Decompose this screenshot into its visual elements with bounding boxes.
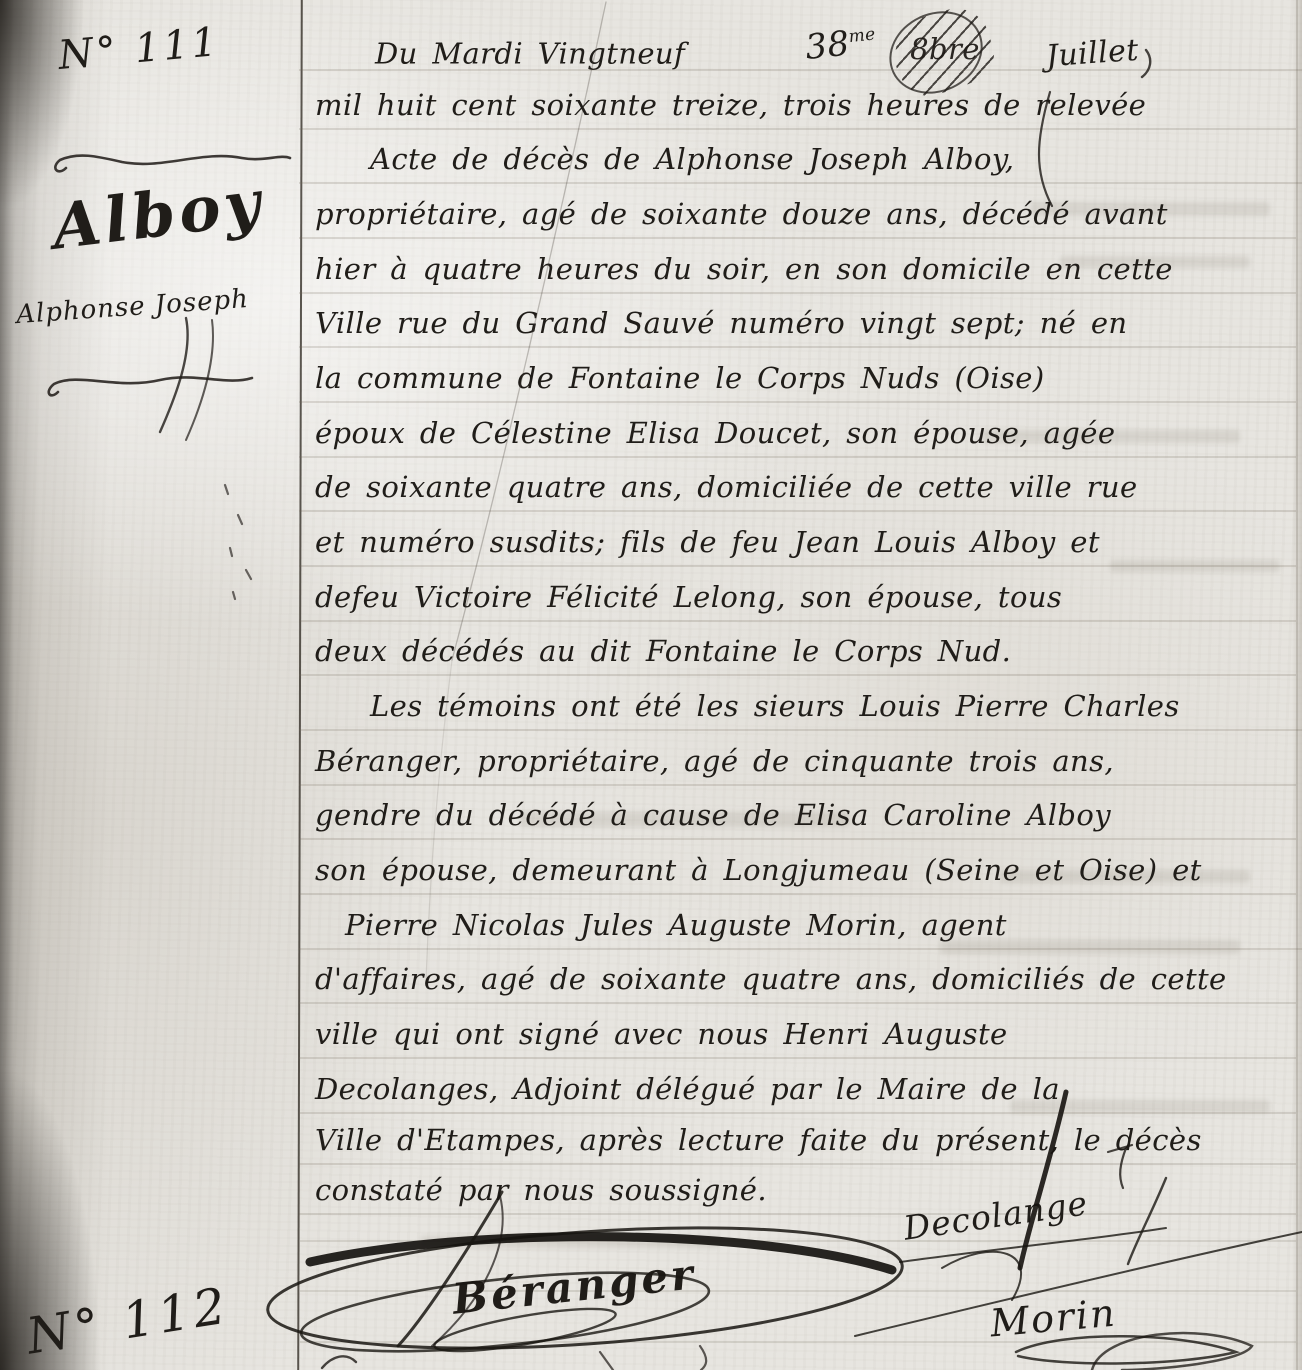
corrected-month: Juillet (1044, 29, 1140, 79)
margin-flourish (49, 377, 252, 395)
ink-specks (225, 485, 251, 599)
manuscript-date-line: Du Mardi Vingtneuf38me8breJuillet (315, 24, 1302, 74)
deceased-surname: Alboy (48, 165, 268, 263)
manuscript-line: deux décédés au dit Fontaine le Corps Nu… (315, 629, 1290, 679)
manuscript-line: constaté par nous soussigné. (315, 1168, 1290, 1218)
manuscript-line: defeu Victoire Félicité Lelong, son épou… (315, 575, 1290, 625)
date-line-text: Du Mardi Vingtneuf (375, 36, 685, 70)
manuscript-line: mil huit cent soixante treize, trois heu… (315, 83, 1290, 133)
margin-flourish (160, 318, 188, 432)
register-page-scan: N° 111 Alboy Alphonse Joseph N° 112 Du M… (0, 0, 1302, 1370)
manuscript-line: Les témoins ont été les sieurs Louis Pie… (315, 684, 1302, 734)
act-number: N° 111 (56, 19, 221, 79)
manuscript-line: Decolanges, Adjoint délégué par le Maire… (315, 1067, 1290, 1117)
manuscript-line: Ville rue du Grand Sauvé numéro vingt se… (315, 301, 1290, 351)
manuscript-line: propriétaire, agé de soixante douze ans,… (315, 192, 1290, 242)
manuscript-line: Pierre Nicolas Jules Auguste Morin, agen… (315, 903, 1302, 953)
manuscript-line: et numéro susdits; fils de feu Jean Loui… (315, 520, 1290, 570)
register-rule (300, 1240, 1296, 1242)
register-rule (300, 1290, 1296, 1292)
margin-flourish (186, 320, 213, 440)
manuscript-line: ville qui ont signé avec nous Henri Augu… (315, 1012, 1290, 1062)
manuscript-line: gendre du décédé à cause de Elisa Caroli… (315, 793, 1290, 843)
register-rule (300, 1341, 1296, 1343)
manuscript-line: la commune de Fontaine le Corps Nuds (Oi… (315, 356, 1290, 406)
manuscript-body: Du Mardi Vingtneuf38me8breJuillet mil hu… (315, 0, 1290, 1370)
manuscript-line: de soixante quatre ans, domiciliée de ce… (315, 465, 1290, 515)
manuscript-line: d'affaires, agé de soixante quatre ans, … (315, 957, 1290, 1007)
struck-out-month: 8bre (910, 27, 980, 71)
inserted-act-renumber: 38me (803, 12, 879, 69)
manuscript-line: son épouse, demeurant à Longjumeau (Sein… (315, 848, 1290, 898)
deceased-given-names: Alphonse Joseph (15, 284, 250, 330)
ordinal-suffix: me (848, 24, 877, 47)
manuscript-line: Béranger, propriétaire, agé de cinquante… (315, 739, 1290, 789)
manuscript-line: Acte de décès de Alphonse Joseph Alboy, (315, 137, 1302, 187)
manuscript-line: époux de Célestine Elisa Doucet, son épo… (315, 411, 1290, 461)
next-act-number: N° 112 (23, 1276, 234, 1365)
manuscript-line: hier à quatre heures du soir, en son dom… (315, 247, 1290, 297)
manuscript-line: Ville d'Etampes, après lecture faite du … (315, 1118, 1290, 1168)
